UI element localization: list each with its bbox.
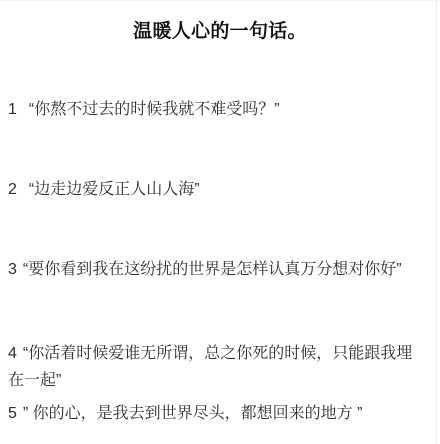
quote-number: 1 xyxy=(8,101,29,118)
quote-number: 4 xyxy=(8,345,23,362)
quote-text: “你熬不过去的时候我就不难受吗？” xyxy=(29,101,280,118)
quote-text: “边走边爱反正人山人海” xyxy=(29,181,200,198)
quote-number: 3 xyxy=(8,261,23,278)
quote-text: “要你看到我在这纷扰的世界是怎样认真万分想对你好” xyxy=(23,261,402,278)
quote-item-4: 4“你活着时候爱谁无所谓，总之你死的时候，只能跟我埋在一起” xyxy=(8,340,428,394)
quote-item-1: 1“你熬不过去的时候我就不难受吗？” xyxy=(8,96,428,123)
page: 温暖人心的一句话。 1“你熬不过去的时候我就不难受吗？” 2“边走边爱反正人山人… xyxy=(0,0,440,444)
quote-number: 5 xyxy=(8,405,23,422)
quote-item-5: 5” 你的心，是我去到世界尽头，都想回来的地方 ” xyxy=(8,400,428,427)
page-title: 温暖人心的一句话。 xyxy=(0,1,440,43)
quote-item-3: 3“要你看到我在这纷扰的世界是怎样认真万分想对你好” xyxy=(8,256,428,283)
right-edge-line xyxy=(436,1,437,444)
quote-item-2: 2“边走边爱反正人山人海” xyxy=(8,176,428,203)
quote-text: “你活着时候爱谁无所谓，总之你死的时候，只能跟我埋在一起” xyxy=(8,345,412,389)
quote-number: 2 xyxy=(8,181,29,198)
quote-list: 1“你熬不过去的时候我就不难受吗？” 2“边走边爱反正人山人海” 3“要你看到我… xyxy=(0,96,440,427)
quote-text: ” 你的心，是我去到世界尽头，都想回来的地方 ” xyxy=(23,405,363,422)
